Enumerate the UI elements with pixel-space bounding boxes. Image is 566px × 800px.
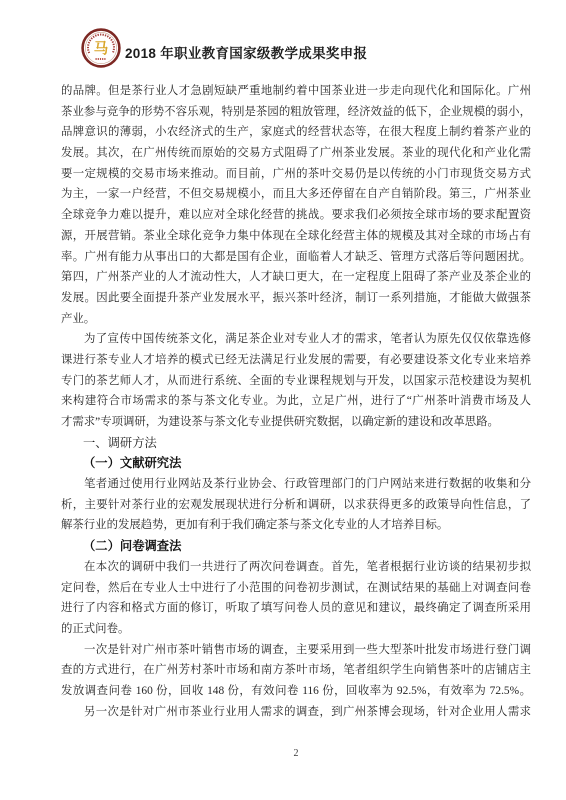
- text-line: 发放调查问卷 160 份，回收 148 份，有效问卷 116 份，回收率为 92…: [61, 681, 531, 702]
- text-line: 要一定规模的交易市场来推动。而目前，广州的茶叶交易仍是以传统的小门市现货交易方式: [61, 164, 531, 185]
- text-line: 查的方式进行，在广州芳村茶叶市场和南方茶叶市场，笔者组织学生向销售茶叶的店铺店主: [61, 660, 531, 681]
- document-page: 马 2018 年职业教育国家级教学成果奖申报 的品牌。但是茶行业人才急剧短缺严重…: [0, 0, 566, 800]
- text-line: 的品牌。但是茶行业人才急剧短缺严重地制约着中国茶业进一步走向现代化和国际化。广州: [61, 81, 531, 102]
- document-body: 的品牌。但是茶行业人才急剧短缺严重地制约着中国茶业进一步走向现代化和国际化。广州…: [61, 81, 531, 722]
- text-line: 定问卷，然后在专业人士中进行了小范围的问卷初步测试，在测试结果的基础上对调查问卷: [61, 578, 531, 599]
- text-line: 第四，广州茶产业的人才流动性大，人才缺口更大，在一定程度上阻碍了茶产业及茶企业的: [61, 267, 531, 288]
- text-line: 发展。因此要全面提升茶产业发展水平，振兴茶叶经济，制订一系列措施，才能做大做强茶: [61, 288, 531, 309]
- text-line: （一）文献研究法: [61, 453, 531, 474]
- text-line: 产业。: [61, 309, 531, 330]
- school-seal-logo: 马: [81, 28, 121, 68]
- text-line: 茶业参与竞争的形势不容乐观，特别是茶园的粗放管理，经济效益的低下，企业规模的弱小…: [61, 102, 531, 123]
- text-line: 在本次的调研中我们一共进行了两次问卷调查。首先，笔者根据行业访谈的结果初步拟: [61, 557, 531, 578]
- text-line: 源，开展营销。茶业全球化竞争力集中体现在全球化经营主体的规模及其对全球的市场占有: [61, 226, 531, 247]
- text-line: 析，主要针对茶行业的宏观发展现状进行分析和调研，以求获得更多的政策导向性信息，了: [61, 495, 531, 516]
- text-line: 为主，一家一户经营，不但交易规模小，而且大多还停留在自产自销阶段。第三，广州茶业: [61, 184, 531, 205]
- text-line: 解茶行业的发展趋势，更加有利于我们确定茶与茶文化专业的人才培养目标。: [61, 515, 531, 536]
- text-line: 课进行茶专业人才培养的模式已经无法满足行业发展的需要，有必要建设茶文化专业来培养: [61, 350, 531, 371]
- text-line: 发展。其次，在广州传统而原始的交易方式阻碍了广州茶业发展。茶业的现代化和产业化需: [61, 143, 531, 164]
- text-line: 进行了内容和格式方面的修订，听取了填写问卷人员的意见和建议，最终确定了调查所采用: [61, 598, 531, 619]
- text-line: 才需求”专项调研，为建设茶与茶文化专业提供研究数据，以确定新的建设和改革思路。: [61, 412, 531, 433]
- text-line: 品牌意识的薄弱，小农经济式的生产，家庭式的经营状态等，在很大程度上制约着茶产业的: [61, 122, 531, 143]
- text-line: 率。广州有能力从事出口的大都是国有企业，面临着人才缺乏、管理方式落后等问题困扰。: [61, 247, 531, 268]
- text-line: 一、调研方法: [61, 433, 531, 454]
- text-line: 笔者通过使用行业网站及茶行业协会、行政管理部门的门户网站来进行数据的收集和分: [61, 474, 531, 495]
- text-line: 的正式问卷。: [61, 619, 531, 640]
- text-line: 为了宣传中国传统茶文化，满足茶企业对专业人才的需求，笔者认为原先仅仅依靠选修: [61, 329, 531, 350]
- school-seal-icon: 马: [81, 28, 121, 68]
- text-line: 全球竞争力难以提升，难以应对全球化经营的挑战。要求我们必须按全球市场的要求配置资: [61, 205, 531, 226]
- text-line: 来构建符合市场需求的茶与茶文化专业。为此，立足广州，进行了“广州茶叶消费市场及人: [61, 391, 531, 412]
- text-line: （二）问卷调查法: [61, 536, 531, 557]
- page-number: 2: [61, 748, 531, 759]
- text-line: 另一次是针对广州市茶业行业用人需求的调查，到广州茶博会现场，针对企业用人需求: [61, 702, 531, 723]
- document-title: 2018 年职业教育国家级教学成果奖申报: [125, 42, 367, 62]
- text-line: 一次是针对广州市茶叶销售市场的调查，主要采用到一些大型茶叶批发市场进行登门调: [61, 640, 531, 661]
- horse-emblem-glyph: 马: [94, 40, 109, 58]
- text-line: 专门的茶艺师人才，从而进行系统、全面的专业课程规划与开发，以国家示范校建设为契机: [61, 371, 531, 392]
